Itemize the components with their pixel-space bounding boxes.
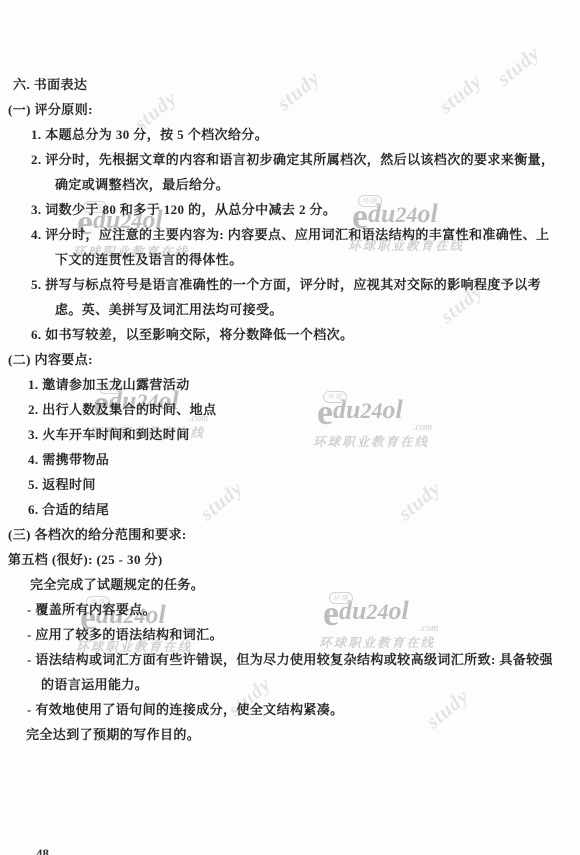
text-line: 完全达到了预期的写作目的。 [0,722,580,747]
text-line: 1. 本题总分为 30 分，按 5 个档次给分。 [0,122,580,147]
text-line: 确定或调整档次，最后给分。 [0,172,580,197]
text-line: - 语法结构或词汇方面有些许错误，但为尽力使用较复杂结构或较高级词汇所致: 具备… [0,647,580,672]
text-line: 6. 如书写较差，以至影响交际，将分数降低一个档次。 [0,322,580,347]
text-line: 虑。英、美拼写及词汇用法均可接受。 [0,297,580,322]
text-line: - 应用了较多的语法结构和词汇。 [0,622,580,647]
text-line: 1. 邀请参加玉龙山露营活动 [0,372,580,397]
text-line: 2. 出行人数及集合的时间、地点 [0,397,580,422]
text-line: - 有效地使用了语句间的连接成分，使全文结构紧凑。 [0,697,580,722]
text-line: 完全完成了试题规定的任务。 [0,572,580,597]
text-line: 3. 火车开车时间和到达时间 [0,422,580,447]
text-line: 的语言运用能力。 [0,672,580,697]
subsection-heading: (二) 内容要点: [0,347,580,372]
text-line: 4. 评分时，应注意的主要内容为: 内容要点、应用词汇和语法结构的丰富性和准确性… [0,222,580,247]
text-line: 5. 返程时间 [0,472,580,497]
grade-band-heading: 第五档 (很好): (25 - 30 分) [0,547,580,572]
scanned-document-page: study study study study study study stud… [0,0,580,855]
text-line: 6. 合适的结尾 [0,497,580,522]
text-line: - 覆盖所有内容要点。 [0,597,580,622]
text-line: 5. 拼写与标点符号是语言准确性的一个方面，评分时，应视其对交际的影响程度予以考 [0,272,580,297]
subsection-heading: (三) 各档次的给分范围和要求: [0,522,580,547]
text-line: 2. 评分时，先根据文章的内容和语言初步确定其所属档次，然后以该档次的要求来衡量… [0,147,580,172]
text-line: 4. 需携带物品 [0,447,580,472]
text-line: 下文的连贯性及语言的得体性。 [0,247,580,272]
page-number: 48 [36,846,49,855]
text-line: 3. 词数少于 80 和多于 120 的，从总分中减去 2 分。 [0,197,580,222]
section-heading: 六. 书面表达 [0,72,580,97]
document-body: 六. 书面表达 (一) 评分原则: 1. 本题总分为 30 分，按 5 个档次给… [0,72,580,747]
subsection-heading: (一) 评分原则: [0,97,580,122]
